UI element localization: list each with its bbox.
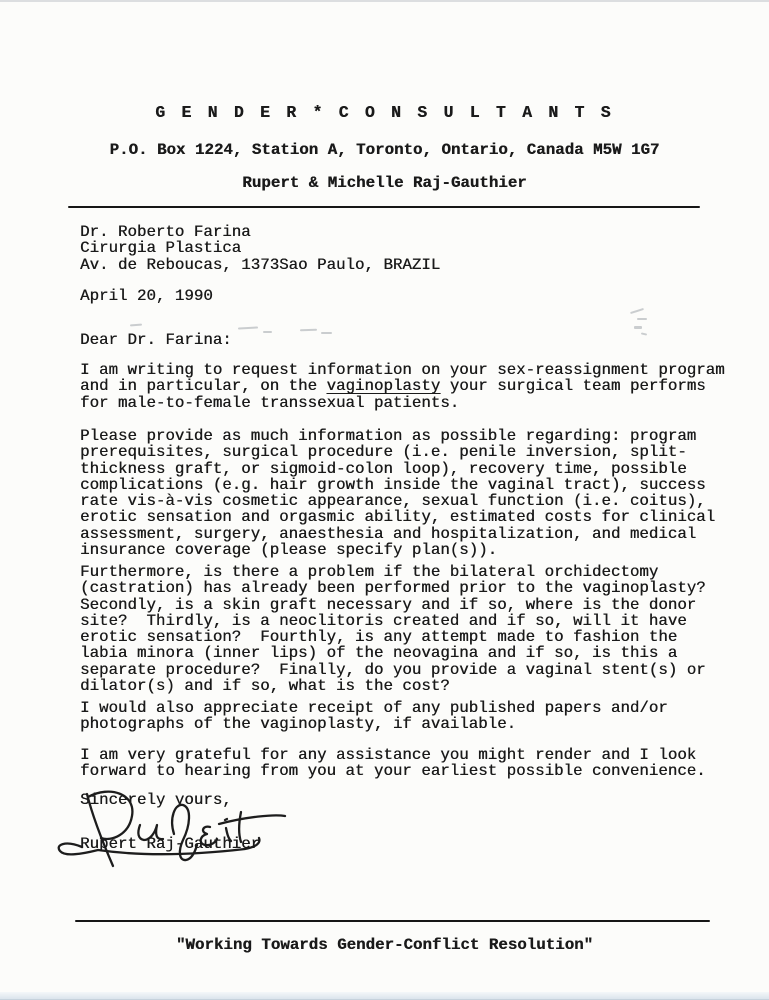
footer-motto: "Working Towards Gender-Conflict Resolut…	[0, 937, 769, 953]
scan-smudge	[238, 326, 258, 329]
body-paragraph-3: Furthermore, is there a problem if the b…	[80, 564, 706, 694]
body-paragraph-5: I am very grateful for any assistance yo…	[80, 747, 706, 780]
scan-smudge	[641, 332, 647, 335]
footer-rule	[75, 920, 710, 922]
scan-edge-bottom	[0, 992, 769, 1000]
scan-smudge	[300, 329, 317, 332]
body-paragraph-1: I am writing to request information on y…	[80, 362, 725, 411]
org-name: G E N D E R * C O N S U L T A N T S	[0, 103, 769, 122]
scan-smudge	[630, 308, 644, 314]
scan-smudge	[321, 332, 332, 334]
org-address: P.O. Box 1224, Station A, Toronto, Ontar…	[0, 142, 769, 158]
scan-edge-top	[0, 0, 769, 2]
body-paragraph-2: Please provide as much information as po…	[80, 428, 715, 558]
body-paragraph-4: I would also appreciate receipt of any p…	[80, 700, 668, 733]
underlined-term: vaginoplasty	[326, 377, 440, 395]
letter-page: G E N D E R * C O N S U L T A N T S P.O.…	[0, 0, 769, 1000]
scan-smudge	[263, 331, 272, 333]
salutation: Dear Dr. Farina:	[80, 332, 232, 348]
scan-smudge	[637, 318, 647, 320]
date-line: April 20, 1990	[80, 288, 213, 304]
scan-smudge	[634, 326, 642, 329]
org-principals: Rupert & Michelle Raj-Gauthier	[0, 175, 769, 191]
header-rule	[68, 206, 700, 208]
recipient-address: Dr. Roberto Farina Cirurgia Plastica Av.…	[80, 224, 440, 273]
scan-smudge	[130, 324, 142, 327]
signer-name: Rupert Raj-Gauthier	[80, 836, 260, 852]
